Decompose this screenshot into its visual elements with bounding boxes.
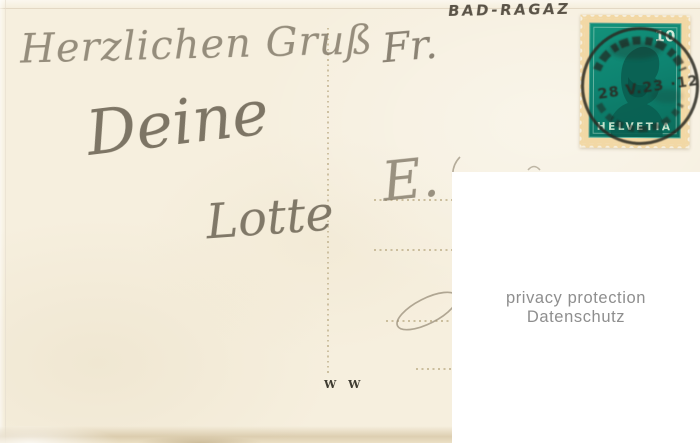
privacy-protection-overlay: privacy protection Datenschutz bbox=[452, 172, 700, 443]
postmark-dateline: 28 V.23 ·12 bbox=[597, 73, 700, 103]
privacy-text-en: privacy protection bbox=[506, 289, 646, 308]
postmark-cancel-icon: 28 V.23 ·12 bbox=[577, 18, 700, 154]
privacy-text-de: Datenschutz bbox=[527, 308, 625, 327]
postcard-back: Herzlichen Gruß Deine Lotte Fr. E. BAD-R… bbox=[0, 0, 700, 443]
